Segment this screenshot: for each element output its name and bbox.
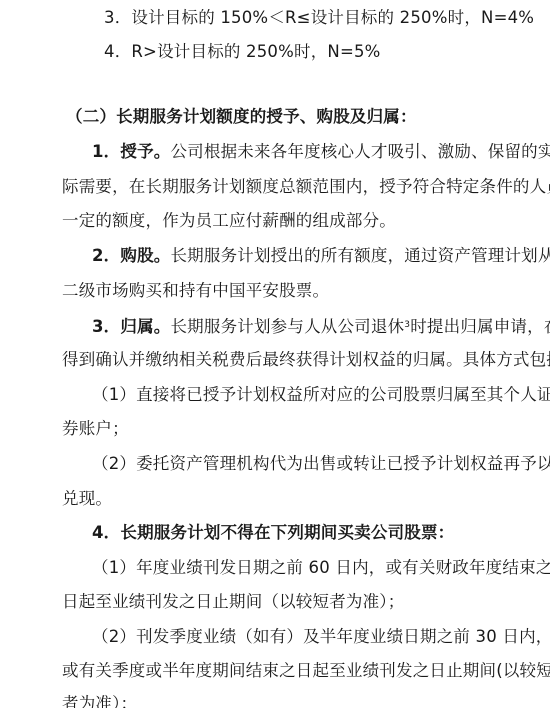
paragraph-line: 者为准）； [62, 694, 137, 708]
restriction-1: （1）年度业绩刊发日期之前 60 日内，或有关财政年度结束之 [92, 558, 550, 578]
item-text: 公司根据未来各年度核心人才吸引、激励、保留的实 [170, 142, 550, 161]
item-text: 长期服务计划授出的所有额度，通过资产管理计划从 [170, 246, 550, 265]
paragraph-line: 二级市场购买和持有中国平安股票。 [62, 281, 329, 301]
item-vesting: 3．归属。长期服务计划参与人从公司退休3时提出归属申请，在 [92, 315, 550, 337]
item-label: 1．授予。 [92, 142, 170, 161]
item-grant: 1．授予。公司根据未来各年度核心人才吸引、激励、保留的实 [92, 142, 550, 162]
paragraph-line: 日起至业绩刊发之日止期间（以较短者为准）； [62, 592, 404, 612]
item-label: 3．归属。 [92, 317, 170, 336]
criterion-4: 4．R>设计目标的 250%时，N=5% [104, 42, 381, 62]
paragraph-line: 兑现。 [62, 489, 112, 509]
paragraph-line: 券账户； [62, 419, 129, 439]
item-label: 2．购股。 [92, 246, 170, 265]
vesting-method-1: （1）直接将已授予计划权益所对应的公司股票归属至其个人证 [92, 385, 550, 405]
item-text: 长期服务计划参与人从公司退休 [170, 317, 404, 336]
section-heading: （二）长期服务计划额度的授予、购股及归属： [66, 107, 417, 127]
item-purchase: 2．购股。长期服务计划授出的所有额度，通过资产管理计划从 [92, 246, 550, 266]
criterion-3: 3．设计目标的 150%＜R≤设计目标的 250%时，N=4% [104, 8, 534, 28]
paragraph-line: 或有关季度或半年度期间结束之日起至业绩刊发之日止期间(以较短 [62, 661, 550, 681]
paragraph-line: 一定的额度，作为员工应付薪酬的组成部分。 [62, 211, 396, 231]
item-text: 时提出归属申请，在 [410, 317, 550, 336]
restriction-2: （2）刊发季度业绩（如有）及半年度业绩日期之前 30 日内， [92, 627, 550, 647]
restriction-heading: 4．长期服务计划不得在下列期间买卖公司股票： [92, 523, 454, 543]
paragraph-line: 际需要，在长期服务计划额度总额范围内，授予符合特定条件的人员 [62, 177, 550, 197]
paragraph-line: 得到确认并缴纳相关税费后最终获得计划权益的归属。具体方式包括： [62, 350, 550, 370]
vesting-method-2: （2）委托资产管理机构代为出售或转让已授予计划权益再予以 [92, 454, 550, 474]
